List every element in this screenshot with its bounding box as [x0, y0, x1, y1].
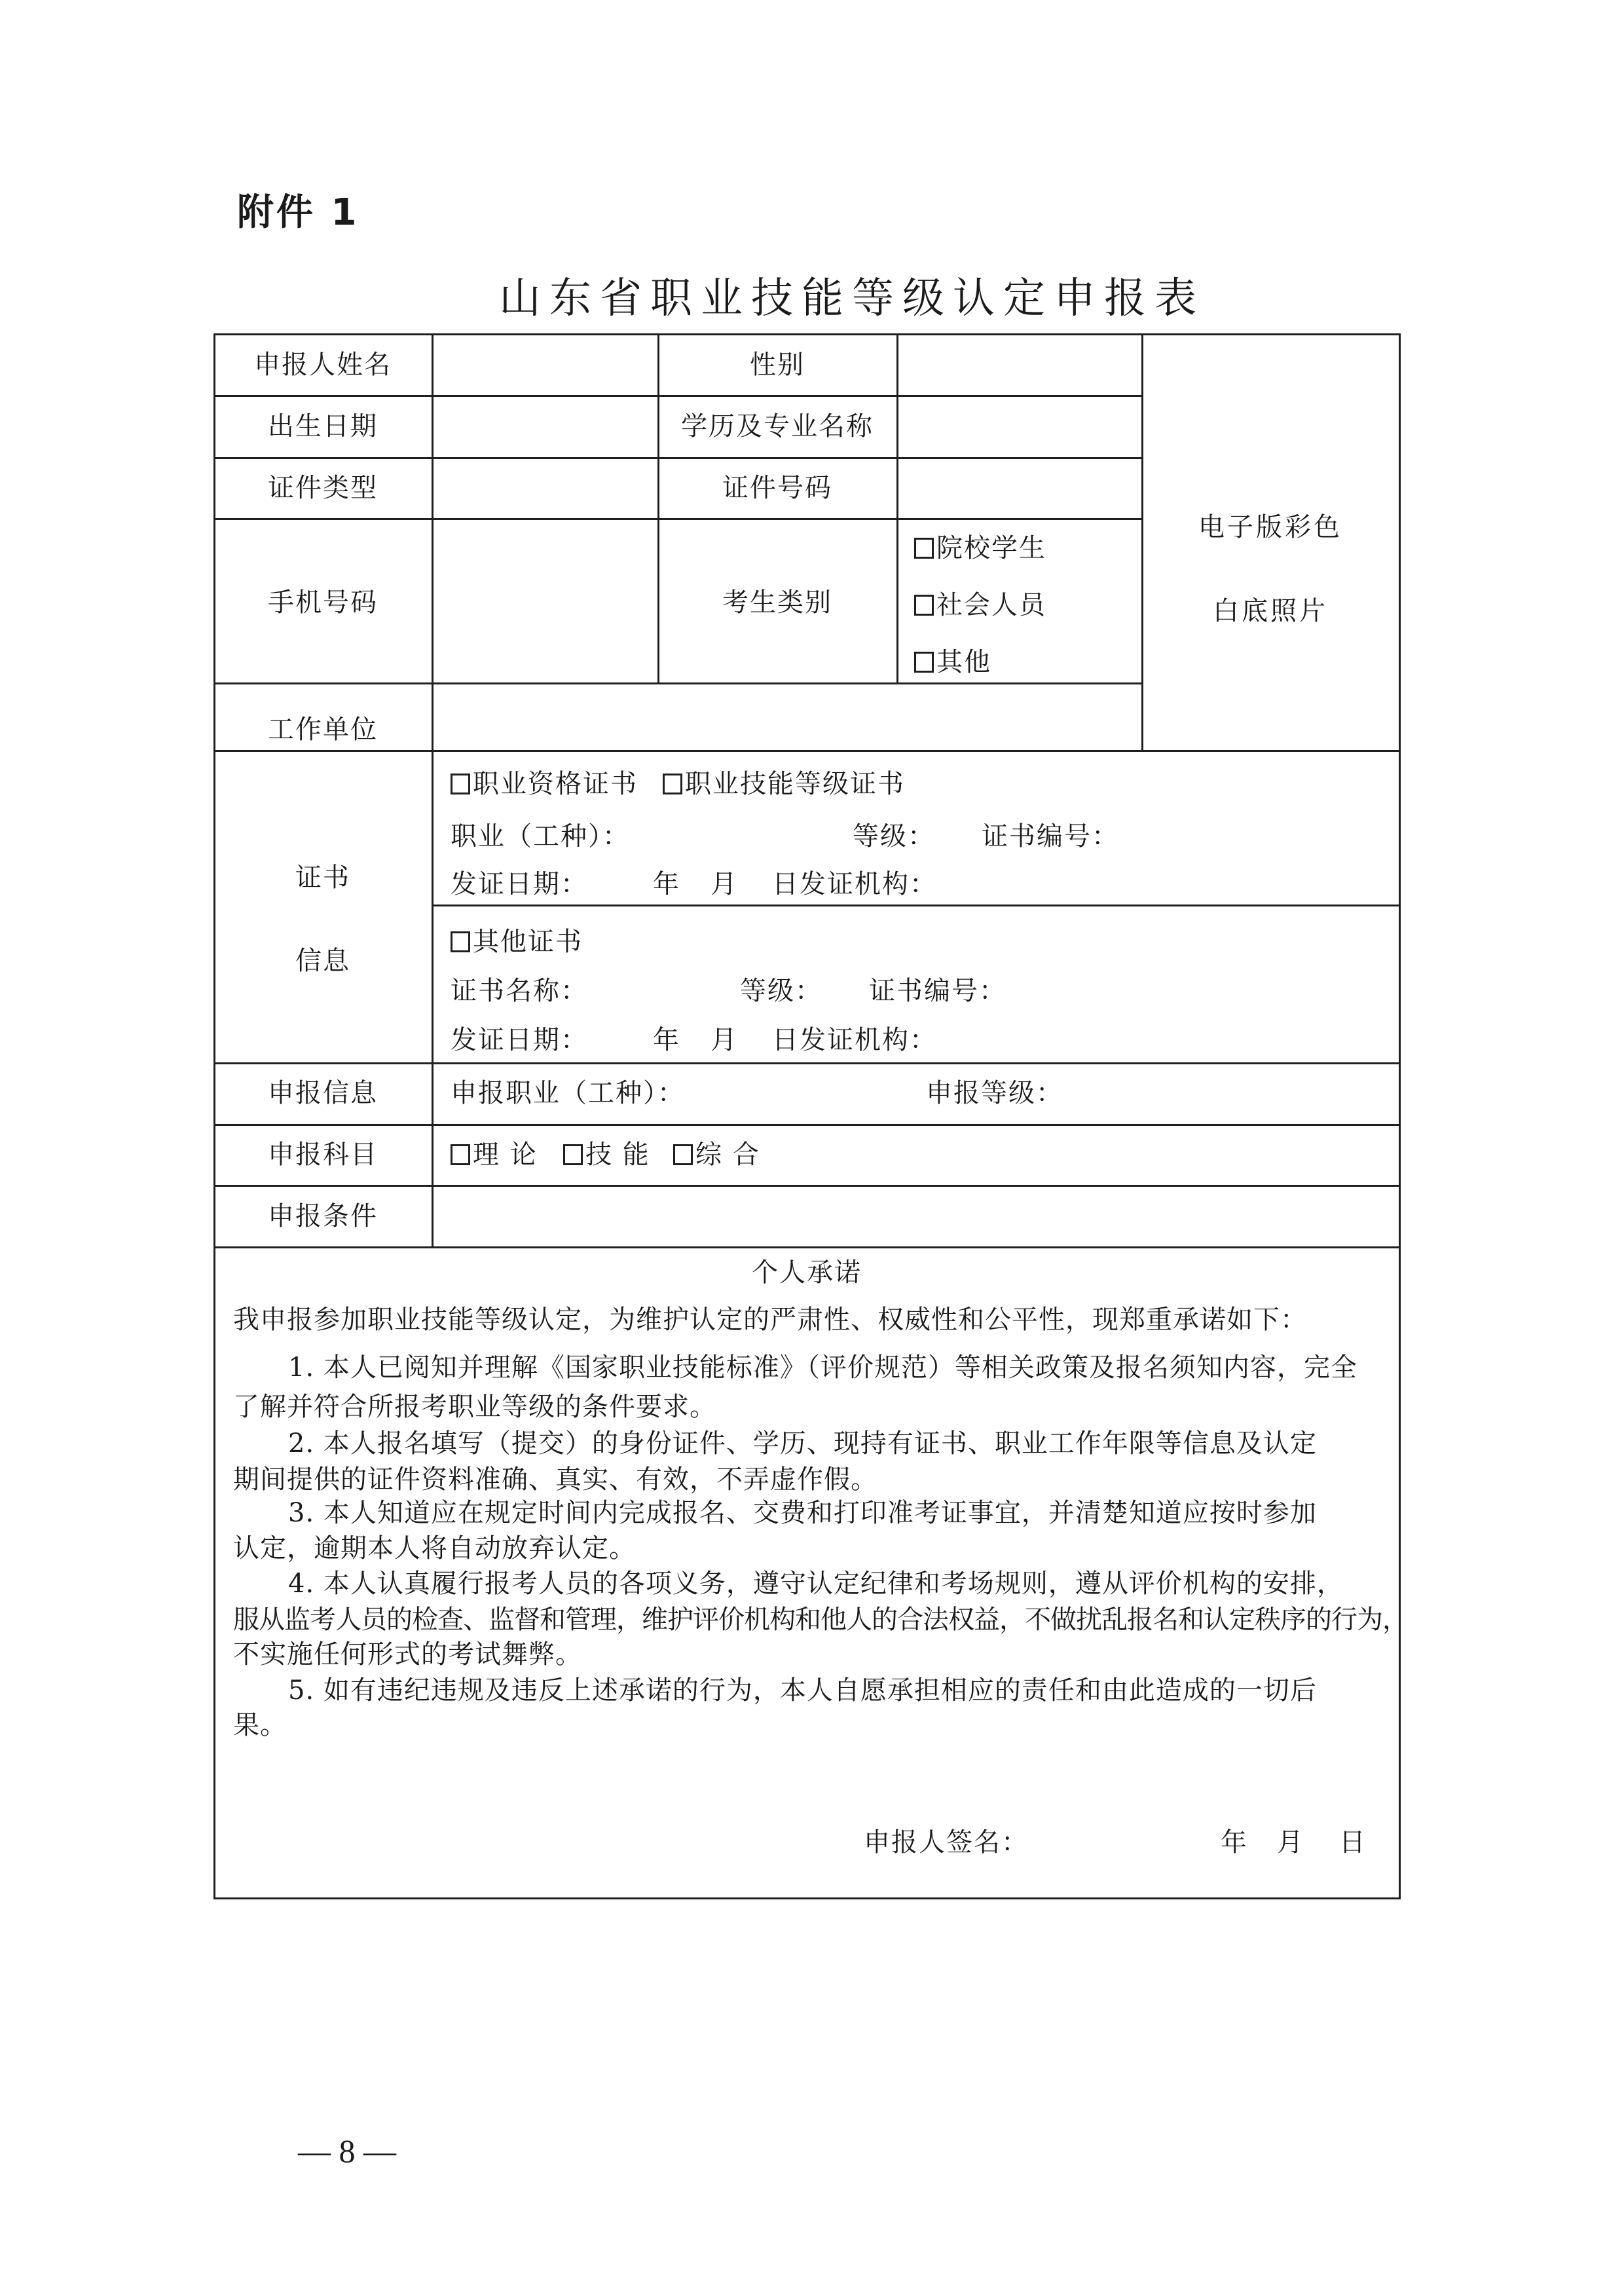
other-cert-issue-year-label: 年: [653, 1024, 680, 1056]
table-border-bottom: [213, 1897, 1401, 1899]
application-info-label: 申报信息: [268, 1077, 378, 1109]
candidate-type-label: 考生类别: [722, 587, 832, 618]
checkbox-icon[interactable]: [673, 1144, 693, 1165]
checkbox-icon[interactable]: [451, 931, 470, 952]
subject-option-skill[interactable]: 技 能: [563, 1139, 650, 1170]
candidate-type-option-student[interactable]: 院校学生: [914, 532, 1046, 564]
gender-label: 性别: [750, 349, 805, 381]
applied-level-label: 申报等级：: [926, 1077, 1063, 1109]
signature-year-label: 年: [1221, 1827, 1248, 1858]
row-divider: [213, 1124, 1401, 1126]
signature-day-label: 日: [1339, 1827, 1367, 1858]
signature-label: 申报人签名：: [864, 1827, 1029, 1858]
row-divider: [213, 518, 1141, 520]
signature-month-label: 月: [1277, 1827, 1304, 1858]
row-divider: [432, 905, 1401, 906]
commitment-item-4-line1: 4. 本人认真履行报考人员的各项义务，遵守认定纪律和考场规则，遵从评价机构的安排…: [288, 1568, 1344, 1599]
checkbox-icon[interactable]: [563, 1144, 583, 1165]
cert-issue-date-label: 发证日期：: [451, 868, 588, 900]
checkbox-icon[interactable]: [914, 652, 934, 673]
id-number-label: 证件号码: [722, 472, 832, 504]
id-type-label: 证件类型: [268, 472, 378, 504]
applied-occupation-label: 申报职业（工种）：: [451, 1077, 685, 1109]
table-border-left: [213, 333, 215, 1899]
gender-field[interactable]: [898, 335, 1140, 394]
phone-label: 手机号码: [268, 587, 378, 618]
checkbox-icon[interactable]: [914, 595, 934, 616]
cert-issue-year-label: 年: [653, 868, 680, 900]
application-conditions-field[interactable]: [434, 1187, 1397, 1245]
attachment-label: 附件 1: [237, 183, 359, 236]
cert-issuer-label: 日发证机构：: [772, 868, 937, 900]
photo-instruction-line2: 白底照片: [1213, 595, 1328, 627]
candidate-type-option-other[interactable]: 其他: [914, 646, 991, 678]
cert-occupation-label: 职业（工种）：: [451, 821, 630, 852]
other-cert-level-label: 等级：: [740, 975, 822, 1007]
photo-instruction-line1: 电子版彩色: [1198, 512, 1342, 543]
cert-option-other[interactable]: 其他证书: [451, 926, 583, 958]
commitment-intro: 我申报参加职业技能等级认定，为维护认定的严肃性、权威性和公平性，现郑重承诺如下：: [233, 1304, 1307, 1335]
checkbox-icon[interactable]: [914, 538, 934, 559]
checkbox-icon[interactable]: [451, 1144, 470, 1165]
applicant-name-field[interactable]: [434, 335, 656, 394]
cert-number-label: 证书编号：: [982, 821, 1119, 852]
applicant-name-label: 申报人姓名: [254, 349, 392, 381]
table-border-right: [1399, 333, 1401, 1899]
cert-option-qualification[interactable]: 职业资格证书: [451, 768, 638, 800]
application-conditions-label: 申报条件: [268, 1201, 378, 1232]
commitment-item-2-line2: 期间提供的证件资料准确、真实、有效，不弄虚作假。: [233, 1464, 877, 1495]
checkbox-icon[interactable]: [663, 774, 682, 794]
row-divider: [213, 1062, 1401, 1064]
other-cert-issue-date-label: 发证日期：: [451, 1024, 588, 1056]
signature-field[interactable]: [1022, 1821, 1211, 1860]
commitment-item-4-line2: 服从监考人员的检查、监督和管理，维护评价机构和他人的合法权益，不做扰乱报名和认定…: [233, 1604, 1408, 1635]
commitment-item-3-line2: 认定，逾期本人将自动放弃认定。: [233, 1533, 636, 1564]
row-divider: [213, 1246, 1401, 1248]
cert-option-skill-level[interactable]: 职业技能等级证书: [663, 768, 905, 800]
education-major-field[interactable]: [898, 397, 1140, 456]
id-type-field[interactable]: [434, 459, 656, 517]
education-major-label: 学历及专业名称: [681, 411, 874, 442]
other-cert-issuer-label: 日发证机构：: [772, 1024, 937, 1056]
commitment-item-1-line1: 1. 本人已阅知并理解《国家职业技能标准》（评价规范）等相关政策及报名须知内容，…: [288, 1352, 1357, 1383]
commitment-heading: 个人承诺: [752, 1257, 862, 1288]
employer-label: 工作单位: [268, 714, 378, 745]
other-cert-issue-month-label: 月: [710, 1024, 738, 1056]
application-subjects-label: 申报科目: [268, 1139, 378, 1170]
subject-option-theory[interactable]: 理 论: [451, 1139, 538, 1170]
commitment-item-4-line3: 不实施任何形式的考试舞弊。: [233, 1639, 582, 1670]
row-divider: [213, 750, 1401, 752]
form-title: 山东省职业技能等级认定申报表: [499, 265, 1205, 325]
commitment-item-5-line1: 5. 如有违纪违规及违反上述承诺的行为，本人自愿承担相应的责任和由此造成的一切后: [288, 1675, 1317, 1706]
other-cert-number-label: 证书编号：: [869, 975, 1006, 1007]
employer-field[interactable]: [434, 684, 1140, 749]
checkbox-icon[interactable]: [451, 774, 470, 794]
other-cert-name-label: 证书名称：: [451, 975, 588, 1007]
birth-date-label: 出生日期: [268, 411, 378, 442]
commitment-item-2-line1: 2. 本人报名填写（提交）的身份证件、学历、现持有证书、职业工作年限等信息及认定: [288, 1428, 1317, 1459]
commitment-item-5-line2: 果。: [233, 1709, 287, 1741]
col-divider: [657, 333, 659, 684]
candidate-type-option-public[interactable]: 社会人员: [914, 589, 1046, 621]
cert-level-label: 等级：: [853, 821, 935, 852]
certificate-info-label-line2: 信息: [295, 945, 350, 977]
page-number: — 8 —: [298, 2132, 396, 2170]
phone-field[interactable]: [434, 520, 656, 681]
subject-option-comprehensive[interactable]: 综 合: [673, 1139, 760, 1170]
commitment-item-1-line2: 了解并符合所报考职业等级的条件要求。: [233, 1391, 716, 1423]
cert-issue-month-label: 月: [710, 868, 738, 900]
id-number-field[interactable]: [898, 459, 1140, 517]
commitment-item-3-line1: 3. 本人知道应在规定时间内完成报名、交费和打印准考证事宜，并清楚知道应按时参加: [288, 1497, 1317, 1529]
certificate-info-label-line1: 证书: [295, 862, 350, 893]
birth-date-field[interactable]: [434, 397, 656, 456]
